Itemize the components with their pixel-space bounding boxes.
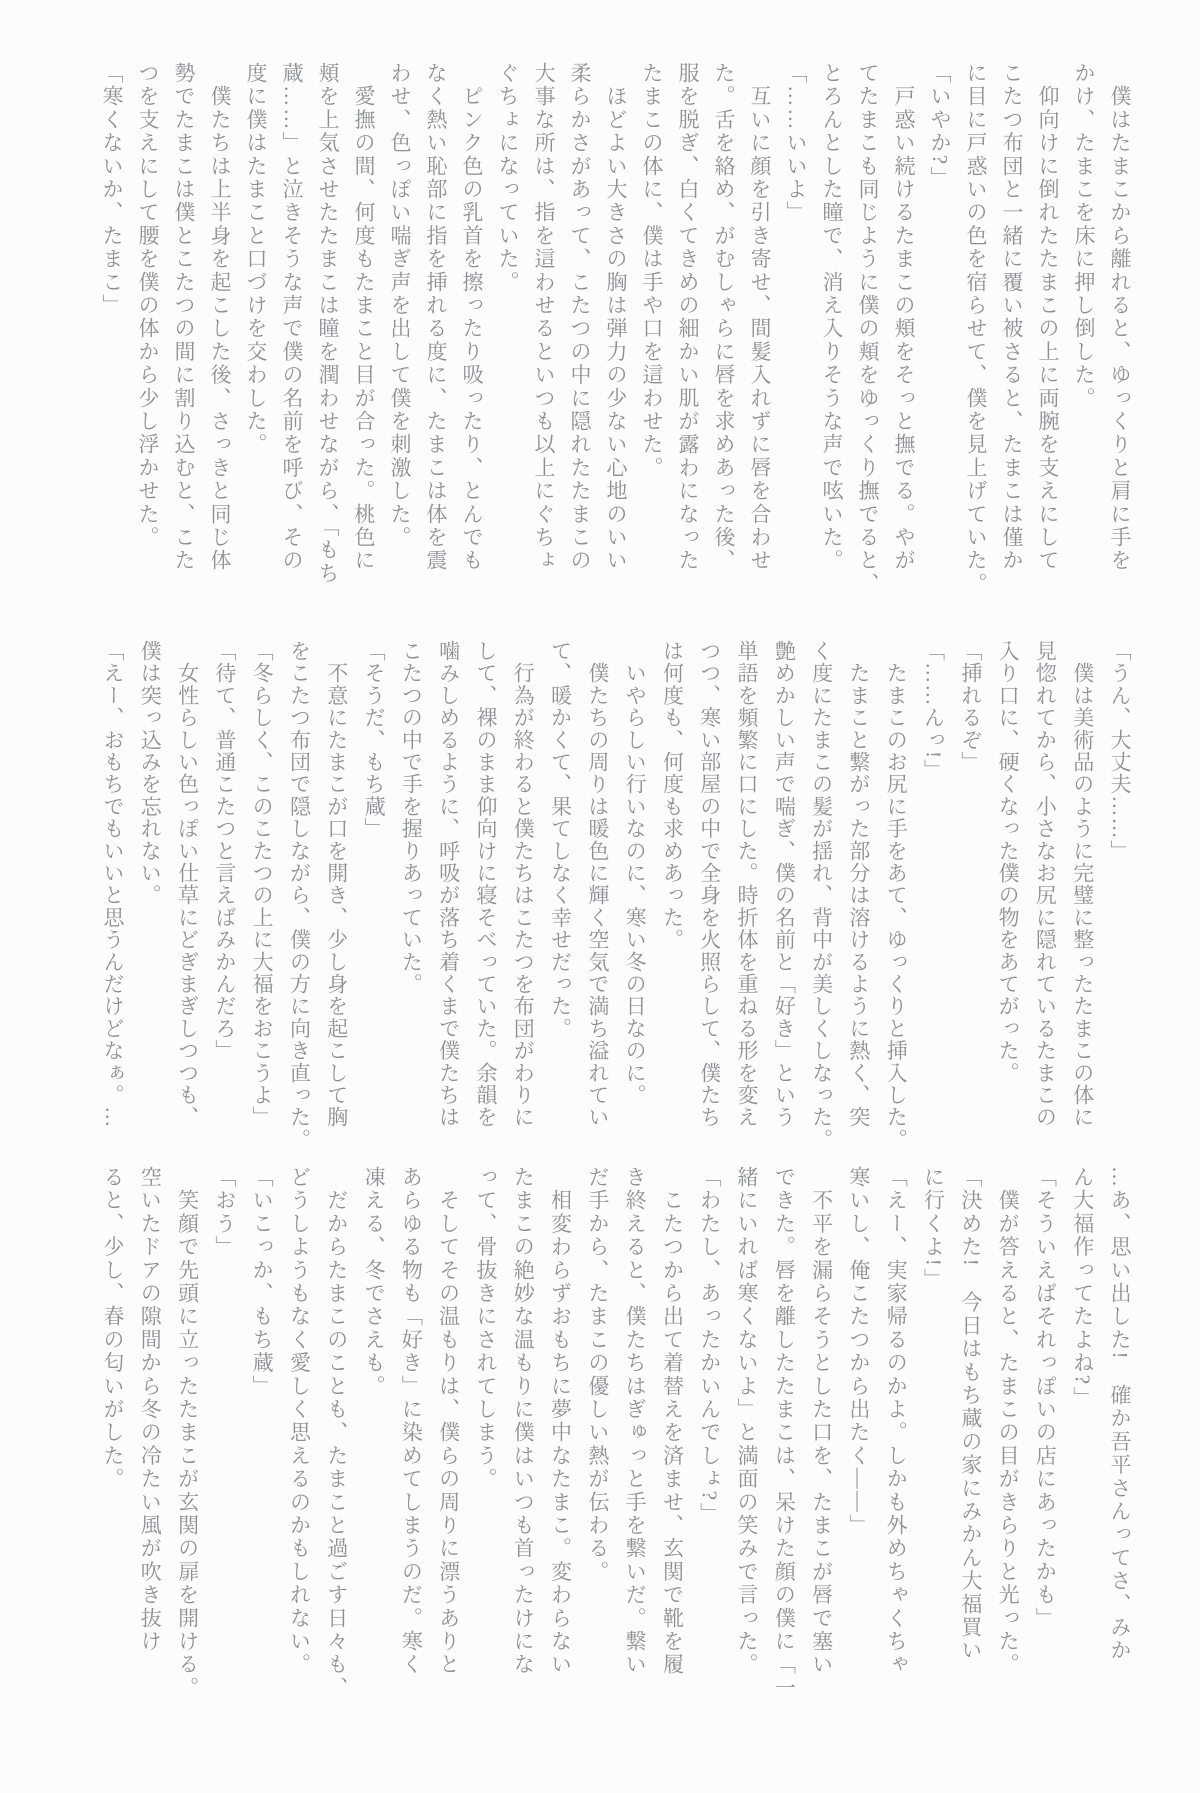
text-column: ピンク色の乳首を擦ったり吸ったり、とんでも bbox=[454, 62, 490, 620]
text-column: ん大福作ってたよね?」 bbox=[1063, 1166, 1100, 1706]
text-column: だからたまこのことも、たまこと過ごす日々も、 bbox=[317, 1166, 354, 1706]
text-column: 不意にたまこが口を開き、少し身を起こして胸 bbox=[317, 640, 354, 1152]
text-column: 「決めた! 今日はもち蔵の家にみかん大福買い bbox=[952, 1166, 989, 1706]
text-column: に行くよ!」 bbox=[914, 1166, 951, 1706]
text-column: 蔵……」と泣きそうな声で僕の名前を呼び、その bbox=[274, 62, 310, 620]
text-column: 僕は突っ込みを忘れない。 bbox=[131, 640, 168, 1152]
text-column: つつ、寒い部屋の中で全身を火照らして、僕たち bbox=[690, 640, 727, 1152]
text-column: 「わたし、あったかいんでしょ?」 bbox=[690, 1166, 727, 1706]
text-column: 僕はたまこから離れると、ゆっくりと肩に手を bbox=[1102, 62, 1138, 620]
text-column: たまこの絶妙な温もりに僕はいつも首ったけにな bbox=[504, 1166, 541, 1706]
text-column: 「いこっか、もち蔵」 bbox=[243, 1166, 280, 1706]
text-column: 不平を漏らそうとした口を、たまこが唇で塞い bbox=[802, 1166, 839, 1706]
text-column: 僕たちは上半身を起こした後、さっきと同じ体 bbox=[202, 62, 238, 620]
text-column: 「待て、普通こたつと言えばみかんだろ」 bbox=[206, 640, 243, 1152]
text-column: 凍える、冬でさえも。 bbox=[355, 1166, 392, 1706]
text-column: 笑顔で先頭に立ったたまこが玄関の扉を開ける。 bbox=[168, 1166, 205, 1706]
text-column: 「いやか?」 bbox=[922, 62, 958, 620]
text-column: いやらしい行いなのに、寒い冬の日なのに。 bbox=[616, 640, 653, 1152]
text-column: ほどよい大きさの胸は弾力の少ない心地のいい bbox=[598, 62, 634, 620]
text-column: ると、少し、春の匂いがした。 bbox=[94, 1166, 131, 1706]
text-column: 「おう」 bbox=[206, 1166, 243, 1706]
text-column: 互いに顔を引き寄せ、間髪入れずに唇を合わせ bbox=[742, 62, 778, 620]
text-column: 度に僕はたまこと口づけを交わした。 bbox=[238, 62, 274, 620]
text-column: …あ、思い出した! 確か吾平さんってさ、みか bbox=[1101, 1166, 1138, 1706]
text-section-top: 僕はたまこから離れると、ゆっくりと肩に手をかけ、たまこを床に押し倒した。 仰向け… bbox=[94, 62, 1138, 620]
text-column: 「……いいよ」 bbox=[778, 62, 814, 620]
text-column: 柔らかさがあって、こたつの中に隠れたたまこの bbox=[562, 62, 598, 620]
text-column: かけ、たまこを床に押し倒した。 bbox=[1066, 62, 1102, 620]
text-column: 入り口に、硬くなった僕の物をあてがった。 bbox=[989, 640, 1026, 1152]
text-column: 僕たちの周りは暖色に輝く空気で満ち溢れてい bbox=[579, 640, 616, 1152]
text-column: たまこの体に、僕は手や口を這わせた。 bbox=[634, 62, 670, 620]
text-column: 頬を上気させたたまこは瞳を潤わせながら、「もち bbox=[310, 62, 346, 620]
text-column: に目に戸惑いの色を宿らせて、僕を見上げていた。 bbox=[958, 62, 994, 620]
text-column: てたまこも同じように僕の頬をゆっくり撫でると、 bbox=[850, 62, 886, 620]
text-column: こたつの中で手を握りあっていた。 bbox=[392, 640, 429, 1152]
text-column: 艶めかしい声で喘ぎ、僕の名前と「好き」という bbox=[765, 640, 802, 1152]
text-column: 寒いし、俺こたつから出たく――」 bbox=[840, 1166, 877, 1706]
text-column: なく熱い恥部に指を挿れる度に、たまこは体を震 bbox=[418, 62, 454, 620]
text-column: 「うん、大丈夫……」 bbox=[1101, 640, 1138, 1152]
novel-page: 僕はたまこから離れると、ゆっくりと肩に手をかけ、たまこを床に押し倒した。 仰向け… bbox=[0, 0, 1200, 1793]
text-column: 「そうだ、もち蔵」 bbox=[355, 640, 392, 1152]
text-column: 「寒くないか、たまこ」 bbox=[94, 62, 130, 620]
text-column: 相変わらずおもちに夢中なたまこ。変わらない bbox=[541, 1166, 578, 1706]
text-column: 行為が終わると僕たちはこたつを布団がわりに bbox=[504, 640, 541, 1152]
text-column: 僕が答えると、たまこの目がきらりと光った。 bbox=[989, 1166, 1026, 1706]
text-column: 女性らしい色っぽい仕草にどぎまぎしつつも、 bbox=[168, 640, 205, 1152]
text-column: 服を脱ぎ、白くてきめの細かい肌が露わになった bbox=[670, 62, 706, 620]
text-column: して、裸のまま仰向けに寝そべっていた。余韻を bbox=[467, 640, 504, 1152]
text-column: 仰向けに倒れたたまこの上に両腕を支えにして bbox=[1030, 62, 1066, 620]
text-column: 空いたドアの隙間から冬の冷たい風が吹き抜け bbox=[131, 1166, 168, 1706]
text-column: 見惚れてから、小さなお尻に隠れているたまこの bbox=[1026, 640, 1063, 1152]
text-column: く度にたまこの髪が揺れ、背中が美しくしなった。 bbox=[802, 640, 839, 1152]
text-column: 単語を頻繁に口にした。時折体を重ねる形を変え bbox=[728, 640, 765, 1152]
text-column: こたつから出て着替えを済ませ、玄関で靴を履 bbox=[653, 1166, 690, 1706]
text-column: たまこと繋がった部分は溶けるように熱く、突 bbox=[840, 640, 877, 1152]
text-column: 「えー、おもちでもいいと思うんだけどなぁ。… bbox=[94, 640, 131, 1152]
text-column: とろんとした瞳で、消え入りそうな声で呟いた。 bbox=[814, 62, 850, 620]
text-column: たまこのお尻に手をあて、ゆっくりと挿入した。 bbox=[877, 640, 914, 1152]
text-column: あらゆる物も「好き」に染めてしまうのだ。寒く bbox=[392, 1166, 429, 1706]
text-column: 僕は美術品のように完璧に整ったたまこの体に bbox=[1063, 640, 1100, 1152]
text-column: どうしようもなく愛しく思えるのかもしれない。 bbox=[280, 1166, 317, 1706]
text-column: 愛撫の間、何度もたまこと目が合った。桃色に bbox=[346, 62, 382, 620]
text-column: て、暖かくて、果てしなく幸せだった。 bbox=[541, 640, 578, 1152]
text-section-bottom: …あ、思い出した! 確か吾平さんってさ、みかん大福作ってたよね?」「そういえばそ… bbox=[94, 1166, 1138, 1706]
text-column: わせ、色っぽい喘ぎ声を出して僕を刺激した。 bbox=[382, 62, 418, 620]
text-column: 「挿れるぞ」 bbox=[952, 640, 989, 1152]
text-column: つを支えにして腰を僕の体から少し浮かせた。 bbox=[130, 62, 166, 620]
text-column: 緒にいれば寒くないよ」と満面の笑みで言った。 bbox=[728, 1166, 765, 1706]
text-column: た。舌を絡め、がむしゃらに唇を求めあった後、 bbox=[706, 62, 742, 620]
text-column: をこたつ布団で隠しながら、僕の方に向き直った。 bbox=[280, 640, 317, 1152]
text-column: 「冬らしく、このこたつの上に大福をおこうよ」 bbox=[243, 640, 280, 1152]
text-column: 噛みしめるように、呼吸が落ち着くまで僕たちは bbox=[429, 640, 466, 1152]
text-column: こたつ布団と一緒に覆い被さると、たまこは僅か bbox=[994, 62, 1030, 620]
text-column: ぐちょになっていた。 bbox=[490, 62, 526, 620]
text-column: って、骨抜きにされてしまう。 bbox=[467, 1166, 504, 1706]
text-column: できた。唇を離したたまこは、呆けた顔の僕に「一 bbox=[765, 1166, 802, 1706]
text-column: だ手から、たまこの優しい熱が伝わる。 bbox=[579, 1166, 616, 1706]
text-column: 「……んっ!」 bbox=[914, 640, 951, 1152]
text-column: 「えー、実家帰るのかよ。しかも外めちゃくちゃ bbox=[877, 1166, 914, 1706]
text-column: そしてその温もりは、僕らの周りに漂うありと bbox=[429, 1166, 466, 1706]
text-section-middle: 「うん、大丈夫……」 僕は美術品のように完璧に整ったたまこの体に見惚れてから、小… bbox=[94, 640, 1138, 1152]
text-column: 「そういえばそれっぽいの店にあったかも」 bbox=[1026, 1166, 1063, 1706]
text-column: き終えると、僕たちはぎゅっと手を繋いだ。繋い bbox=[616, 1166, 653, 1706]
text-column: 戸惑い続けるたまこの頬をそっと撫でる。やが bbox=[886, 62, 922, 620]
text-column: 大事な所は、指を這わせるといつも以上にぐちょ bbox=[526, 62, 562, 620]
text-column: 勢でたまこは僕とこたつの間に割り込むと、こた bbox=[166, 62, 202, 620]
text-column: は何度も、何度も求めあった。 bbox=[653, 640, 690, 1152]
